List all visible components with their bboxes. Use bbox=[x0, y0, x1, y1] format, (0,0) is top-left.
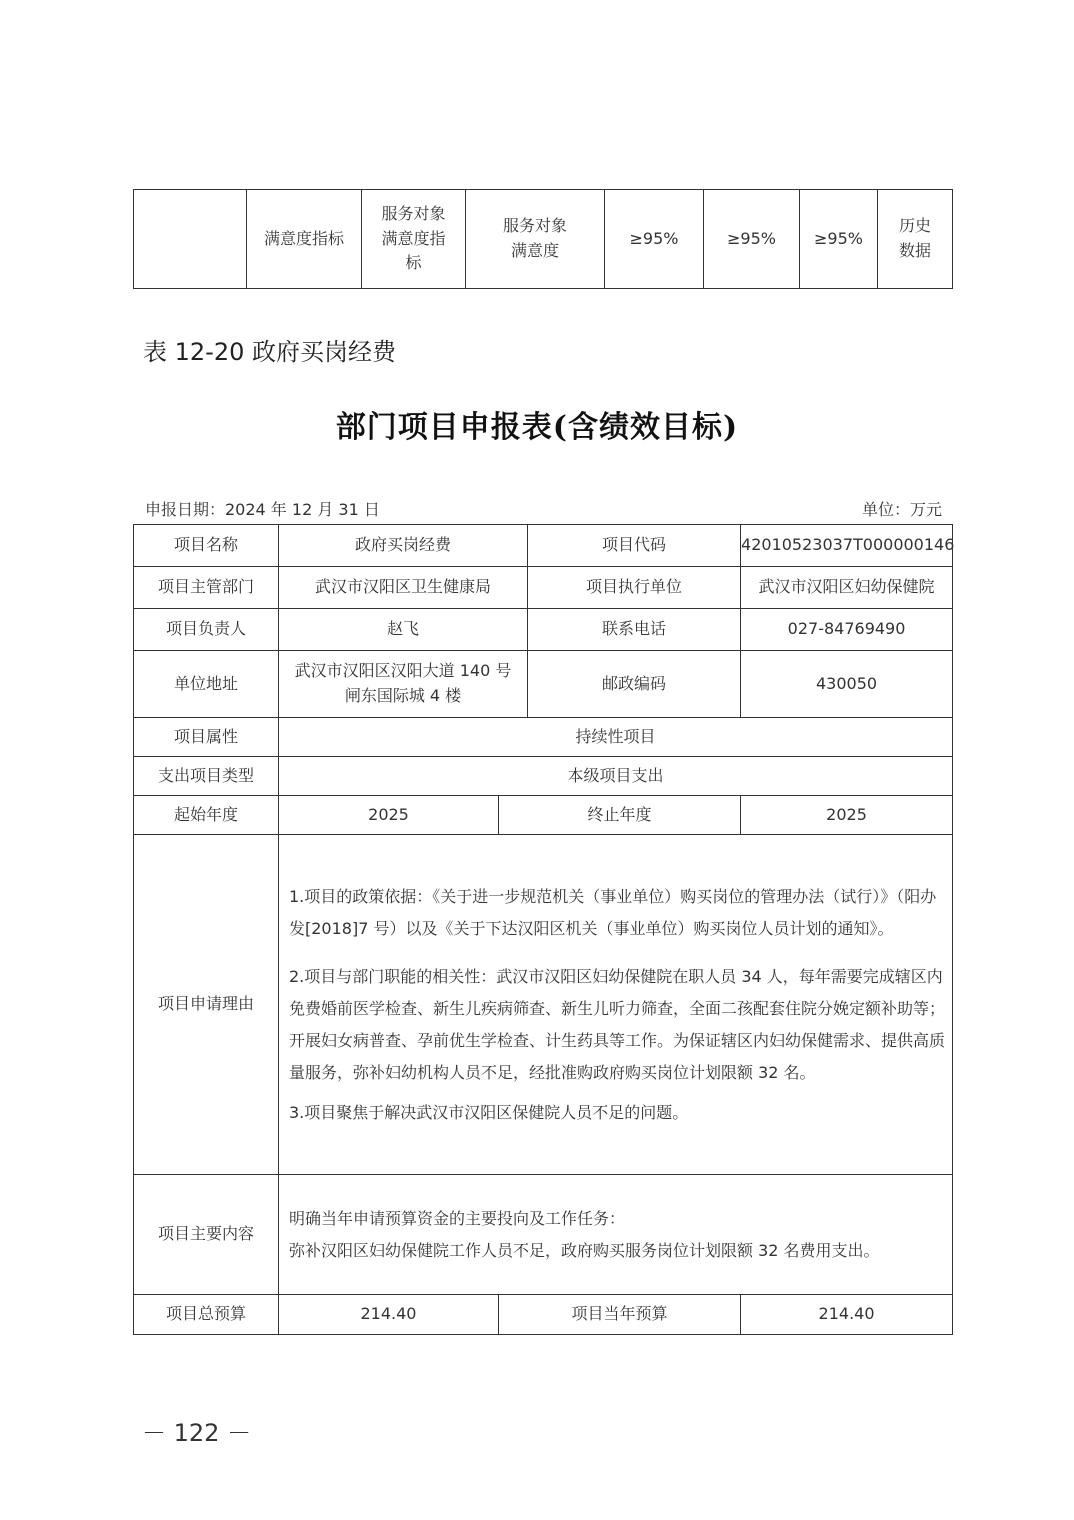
label-cell: 项目主管部门 bbox=[134, 567, 279, 609]
reason-paragraph: 3.项目聚焦于解决武汉市汉阳区保健院人员不足的问题。 bbox=[289, 1097, 946, 1129]
label-cell: 项目名称 bbox=[134, 525, 279, 567]
label-cell: 起始年度 bbox=[134, 796, 279, 835]
application-reason: 1.项目的政策依据：《关于进一步规范机关（事业单位）购买岗位的管理办法（试行）》… bbox=[279, 835, 953, 1175]
label-cell: 单位地址 bbox=[134, 651, 279, 718]
table-row: 项目属性 持续性项目 bbox=[134, 718, 953, 757]
label-cell: 项目申请理由 bbox=[134, 835, 279, 1175]
unit-label: 单位：万元 bbox=[862, 497, 942, 520]
reason-paragraph: 2.项目与部门职能的相关性：武汉市汉阳区妇幼保健院在职人员 34 人，每年需要完… bbox=[289, 961, 946, 1089]
label-cell: 项目负责人 bbox=[134, 609, 279, 651]
table-cell: 服务对象满意度指标 bbox=[362, 190, 466, 289]
value-cell: 214.40 bbox=[741, 1295, 953, 1335]
value-cell: 本级项目支出 bbox=[279, 757, 953, 796]
page-title: 部门项目申报表(含绩效目标) bbox=[0, 402, 1074, 446]
table-row: 项目总预算 214.40 项目当年预算 214.40 bbox=[134, 1295, 953, 1335]
label-cell: 项目执行单位 bbox=[528, 567, 741, 609]
label-cell: 项目总预算 bbox=[134, 1295, 279, 1335]
value-cell: 430050 bbox=[741, 651, 953, 718]
label-cell: 项目主要内容 bbox=[134, 1175, 279, 1295]
value-cell: 武汉市汉阳区卫生健康局 bbox=[279, 567, 528, 609]
value-cell: 42010523037T000000146 bbox=[741, 525, 953, 567]
table-row: 项目负责人 赵飞 联系电话 027-84769490 bbox=[134, 609, 953, 651]
table-row: 起始年度 2025 终止年度 2025 bbox=[134, 796, 953, 835]
table-cell: ≥95% bbox=[704, 190, 800, 289]
table-cell bbox=[134, 190, 247, 289]
value-cell: 持续性项目 bbox=[279, 718, 953, 757]
label-cell: 项目当年预算 bbox=[499, 1295, 741, 1335]
main-content: 明确当年申请预算资金的主要投向及工作任务： 弥补汉阳区妇幼保健院工作人员不足，政… bbox=[279, 1175, 953, 1295]
table-cell: 历史数据 bbox=[878, 190, 953, 289]
table-row: 单位地址 武汉市汉阳区汉阳大道 140 号闸东国际城 4 楼 邮政编码 4300… bbox=[134, 651, 953, 718]
value-cell: 赵飞 bbox=[279, 609, 528, 651]
value-cell: 武汉市汉阳区汉阳大道 140 号闸东国际城 4 楼 bbox=[279, 651, 528, 718]
table-caption: 表 12-20 政府买岗经费 bbox=[143, 332, 396, 367]
table-row: 项目主管部门 武汉市汉阳区卫生健康局 项目执行单位 武汉市汉阳区妇幼保健院 bbox=[134, 567, 953, 609]
label-cell: 终止年度 bbox=[499, 796, 741, 835]
table-cell: ≥95% bbox=[605, 190, 704, 289]
table-cell: ≥95% bbox=[800, 190, 878, 289]
table-row: 项目申请理由 1.项目的政策依据：《关于进一步规范机关（事业单位）购买岗位的管理… bbox=[134, 835, 953, 1175]
value-cell: 2025 bbox=[741, 796, 953, 835]
performance-indicator-table-fragment: 满意度指标 服务对象满意度指标 服务对象满意度 ≥95% ≥95% ≥95% 历… bbox=[133, 189, 953, 289]
value-cell: 武汉市汉阳区妇幼保健院 bbox=[741, 567, 953, 609]
value-cell: 2025 bbox=[279, 796, 499, 835]
table-cell: 满意度指标 bbox=[247, 190, 362, 289]
table-row: 满意度指标 服务对象满意度指标 服务对象满意度 ≥95% ≥95% ≥95% 历… bbox=[134, 190, 953, 289]
report-date: 申报日期：2024 年 12 月 31 日 bbox=[145, 497, 380, 520]
table-row: 项目名称 政府买岗经费 项目代码 42010523037T000000146 bbox=[134, 525, 953, 567]
value-cell: 027-84769490 bbox=[741, 609, 953, 651]
table-row: 支出项目类型 本级项目支出 bbox=[134, 757, 953, 796]
project-application-table: 项目名称 政府买岗经费 项目代码 42010523037T000000146 项… bbox=[133, 524, 953, 1335]
content-paragraph: 弥补汉阳区妇幼保健院工作人员不足，政府购买服务岗位计划限额 32 名费用支出。 bbox=[289, 1235, 946, 1267]
table-cell: 服务对象满意度 bbox=[466, 190, 605, 289]
value-cell: 政府买岗经费 bbox=[279, 525, 528, 567]
label-cell: 项目属性 bbox=[134, 718, 279, 757]
label-cell: 支出项目类型 bbox=[134, 757, 279, 796]
label-cell: 项目代码 bbox=[528, 525, 741, 567]
table-row: 项目主要内容 明确当年申请预算资金的主要投向及工作任务： 弥补汉阳区妇幼保健院工… bbox=[134, 1175, 953, 1295]
page-number: － 122 － bbox=[142, 1413, 251, 1448]
label-cell: 联系电话 bbox=[528, 609, 741, 651]
value-cell: 214.40 bbox=[279, 1295, 499, 1335]
content-paragraph: 明确当年申请预算资金的主要投向及工作任务： bbox=[289, 1203, 946, 1235]
reason-paragraph: 1.项目的政策依据：《关于进一步规范机关（事业单位）购买岗位的管理办法（试行）》… bbox=[289, 881, 946, 945]
label-cell: 邮政编码 bbox=[528, 651, 741, 718]
